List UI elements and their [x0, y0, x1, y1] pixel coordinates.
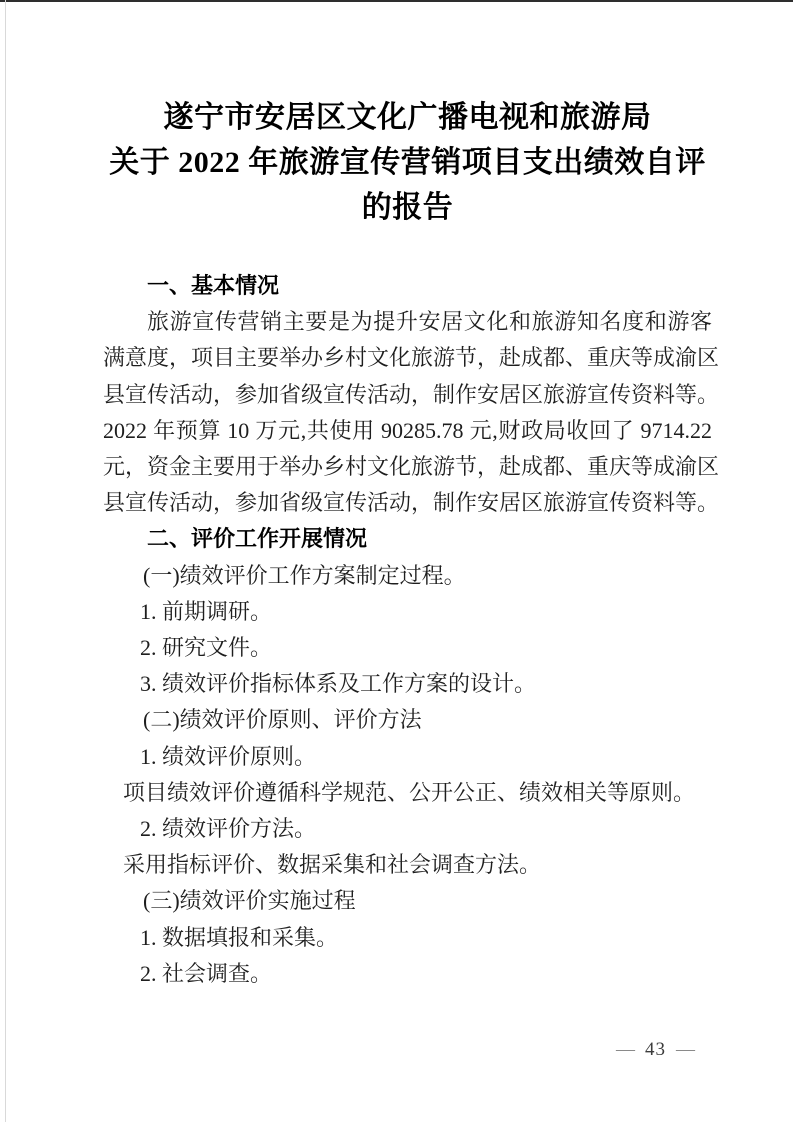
- list-item: 3. 绩效评价指标体系及工作方案的设计。: [103, 666, 712, 702]
- section-2-heading: 二、评价工作开展情况: [103, 521, 712, 557]
- subsection-2-heading: (二)绩效评价原则、评价方法: [103, 702, 712, 738]
- page-number-left-dash: —: [616, 1038, 635, 1062]
- section-1-heading: 一、基本情况: [103, 268, 712, 304]
- subsection-3-heading: (三)绩效评价实施过程: [103, 883, 712, 919]
- page-number-value: 43: [645, 1038, 666, 1062]
- list-item: 2. 社会调查。: [103, 956, 712, 992]
- list-item: 1. 数据填报和采集。: [103, 920, 712, 956]
- title-line-3: 的报告: [103, 185, 712, 230]
- paragraph-1-line: 元，资金主要用于举办乡村文化旅游节，赴成都、重庆等成渝区: [103, 449, 712, 485]
- title-line-1: 遂宁市安居区文化广播电视和旅游局: [103, 95, 712, 140]
- list-item: 2. 研究文件。: [103, 630, 712, 666]
- paragraph-1-line: 满意度，项目主要举办乡村文化旅游节，赴成都、重庆等成渝区: [103, 340, 712, 376]
- paragraph-3: 采用指标评价、数据采集和社会调查方法。: [103, 847, 712, 883]
- list-item: 1. 绩效评价原则。: [103, 739, 712, 775]
- document-title: 遂宁市安居区文化广播电视和旅游局 关于 2022 年旅游宣传营销项目支出绩效自评…: [103, 95, 712, 230]
- paragraph-2: 项目绩效评价遵循科学规范、公开公正、绩效相关等原则。: [103, 775, 712, 811]
- paragraph-1-line: 县宣传活动，参加省级宣传活动，制作安居区旅游宣传资料等。: [103, 377, 712, 413]
- page-number-right-dash: —: [676, 1038, 695, 1062]
- list-item: 2. 绩效评价方法。: [103, 811, 712, 847]
- scan-edge-left: [5, 0, 6, 1122]
- title-line-2: 关于 2022 年旅游宣传营销项目支出绩效自评: [103, 140, 712, 185]
- page-number: — 43 —: [616, 1038, 695, 1062]
- paragraph-1-line: 旅游宣传营销主要是为提升安居文化和旅游知名度和游客: [103, 304, 712, 340]
- paragraph-1-line: 2022 年预算 10 万元,共使用 90285.78 元,财政局收回了 971…: [103, 413, 712, 449]
- document-content: 遂宁市安居区文化广播电视和旅游局 关于 2022 年旅游宣传营销项目支出绩效自评…: [103, 0, 712, 992]
- paragraph-1-line: 县宣传活动，参加省级宣传活动，制作安居区旅游宣传资料等。: [103, 485, 712, 521]
- subsection-1-heading: (一)绩效评价工作方案制定过程。: [103, 558, 712, 594]
- list-item: 1. 前期调研。: [103, 594, 712, 630]
- paragraph-1: 旅游宣传营销主要是为提升安居文化和旅游知名度和游客 满意度，项目主要举办乡村文化…: [103, 304, 712, 521]
- document-page: 遂宁市安居区文化广播电视和旅游局 关于 2022 年旅游宣传营销项目支出绩效自评…: [0, 0, 793, 1122]
